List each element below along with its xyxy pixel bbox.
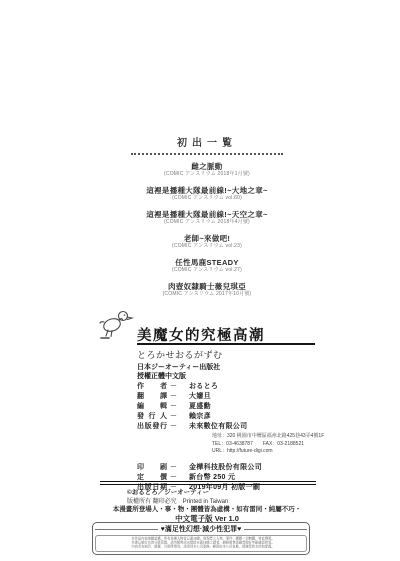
credit-value: 新台幣 250 元 bbox=[189, 474, 235, 482]
credit-value: 賴宗彥 bbox=[189, 413, 211, 421]
credit-label: 出版發行 bbox=[137, 423, 167, 431]
first-publication-section: 初出一覧 雌之脈動 (COMIC アンスリウム 2018年1月號) 這裡是播種大… bbox=[0, 134, 400, 306]
credit-row-issuer: 發行人 ー 賴宗彥 bbox=[137, 413, 397, 421]
entry-title: 任性馬鹿STEADY bbox=[14, 258, 400, 267]
book-title: 美魔女的究極高潮 bbox=[137, 324, 265, 345]
dotted-divider bbox=[131, 153, 283, 155]
credit-separator: ー bbox=[170, 474, 177, 482]
credit-label: 發行人 bbox=[137, 413, 167, 421]
publication-entry: 雌之脈動 (COMIC アンスリウム 2018年1月號) bbox=[14, 162, 400, 178]
publication-entry: 任性馬鹿STEADY (COMIC アンスリウム vol.27) bbox=[14, 258, 400, 274]
credit-separator: ー bbox=[170, 403, 177, 411]
credit-row-price: 定 價 ー 新台幣 250 元 bbox=[137, 474, 397, 482]
credit-row-author: 作 者 ー おるとろ bbox=[137, 383, 397, 391]
publication-entry: 肉壺奴隸騎士薇兒琪亞 (COMIC アンスリウム 2017年10月號) bbox=[14, 282, 400, 298]
credit-label: 編 輯 bbox=[137, 403, 167, 411]
entry-title: 肉壺奴隸騎士薇兒琪亞 bbox=[14, 282, 400, 291]
entry-source: (COMIC アンスリウム 2018年1月號) bbox=[14, 171, 400, 178]
fine-print-line: 內容若有缺頁、錯置、污損等情形，請寄回本公司更換，郵資由本公司負擔，感謝您的支持… bbox=[98, 545, 307, 549]
first-publication-title: 初出一覧 bbox=[14, 134, 400, 149]
credit-row-printer: 印 刷 ー 金樺科技股份有限公司 bbox=[137, 464, 397, 472]
entry-source: (COMIC アンスリウム 2017年10月號) bbox=[14, 291, 400, 298]
publication-entry: 這裡是播種大隊最前線!~天空之章~ (COMIC アンスリウム 2018年4月號… bbox=[14, 210, 400, 226]
double-rule-divider bbox=[100, 481, 316, 485]
copyright-line: ©おるとろ／ジーオーティー bbox=[127, 487, 209, 496]
credit-separator: ー bbox=[170, 464, 177, 472]
entry-source: (COMIC アンスリウム vol.27) bbox=[14, 267, 400, 274]
header-rule-right bbox=[244, 529, 307, 530]
publication-entry: 這裡是播種大隊最前線!~大地之章~ (COMIC アンスリウム vol.60) bbox=[14, 186, 400, 202]
disclaimer-line: 本漫畫所登場人・事・物・團體皆為虛構・如有雷同・純屬不巧・ bbox=[0, 504, 400, 513]
fine-print-box: 本作品內容純屬虛構，所有登場人物皆已滿18歲，與現實之人物、事件、團體一切無關，… bbox=[95, 535, 307, 552]
publisher-address: 地址：320 桃園市中壢區福州北路425巷43弄4號1F bbox=[212, 433, 397, 439]
entry-source: (COMIC アンスリウム vol.23) bbox=[14, 243, 400, 250]
book-subtitle: とろかせおるがずむ bbox=[137, 348, 223, 361]
entry-title: 老師~來做吧! bbox=[14, 234, 400, 243]
credit-separator: ー bbox=[170, 393, 177, 401]
credit-separator: ー bbox=[170, 383, 177, 391]
credit-row-editor: 編 輯 ー 夏盛勳 bbox=[137, 403, 397, 411]
credits-block: 作 者 ー おるとろ 翻 譯 ー 大嬸旦 編 輯 ー 夏盛勳 發行人 ー 賴宗彥… bbox=[137, 383, 397, 494]
credit-label: 翻 譯 bbox=[137, 393, 167, 401]
slogan-header: ♥滿足性幻想·減少性犯罪♥ bbox=[95, 524, 307, 534]
header-rule-left bbox=[95, 529, 158, 530]
credit-label: 印 刷 bbox=[137, 464, 167, 472]
credit-value: 大嬸旦 bbox=[189, 393, 211, 401]
title-underline bbox=[137, 343, 315, 345]
license-edition-line: 授權正體中文版 bbox=[137, 371, 186, 381]
credit-value: 金樺科技股份有限公司 bbox=[189, 464, 262, 472]
credit-separator: ー bbox=[170, 413, 177, 421]
colophon-page: 初出一覧 雌之脈動 (COMIC アンスリウム 2018年1月號) 這裡是播種大… bbox=[0, 0, 400, 561]
publisher-phone: TEL：03-4638787 FAX：03-2188521 bbox=[212, 441, 397, 447]
entry-title: 雌之脈動 bbox=[14, 162, 400, 171]
credit-label: 作 者 bbox=[137, 383, 167, 391]
credit-row-publisher: 出版發行 ー 未來數位有限公司 bbox=[137, 423, 397, 431]
credit-value: おるとろ bbox=[189, 383, 218, 391]
entry-source: (COMIC アンスリウム 2018年4月號) bbox=[14, 219, 400, 226]
entry-title: 這裡是播種大隊最前線!~天空之章~ bbox=[14, 210, 400, 219]
credit-value: 未來數位有限公司 bbox=[189, 423, 247, 431]
credit-label: 定 價 bbox=[137, 474, 167, 482]
publisher-url: URL：http://future-digi.com bbox=[212, 448, 397, 454]
slogan-box: ♥滿足性幻想·減少性犯罪♥ 本作品內容純屬虛構，所有登場人物皆已滿18歲，與現實… bbox=[92, 522, 310, 555]
slogan-header-text: ♥滿足性幻想·減少性犯罪♥ bbox=[161, 524, 242, 534]
publication-entry: 老師~來做吧! (COMIC アンスリウム vol.23) bbox=[14, 234, 400, 250]
credit-value: 夏盛勳 bbox=[189, 403, 211, 411]
credit-separator: ー bbox=[170, 423, 177, 431]
mascot-bird-icon bbox=[99, 309, 135, 346]
entry-source: (COMIC アンスリウム vol.60) bbox=[14, 195, 400, 202]
entry-title: 這裡是播種大隊最前線!~大地之章~ bbox=[14, 186, 400, 195]
credit-row-translator: 翻 譯 ー 大嬸旦 bbox=[137, 393, 397, 401]
